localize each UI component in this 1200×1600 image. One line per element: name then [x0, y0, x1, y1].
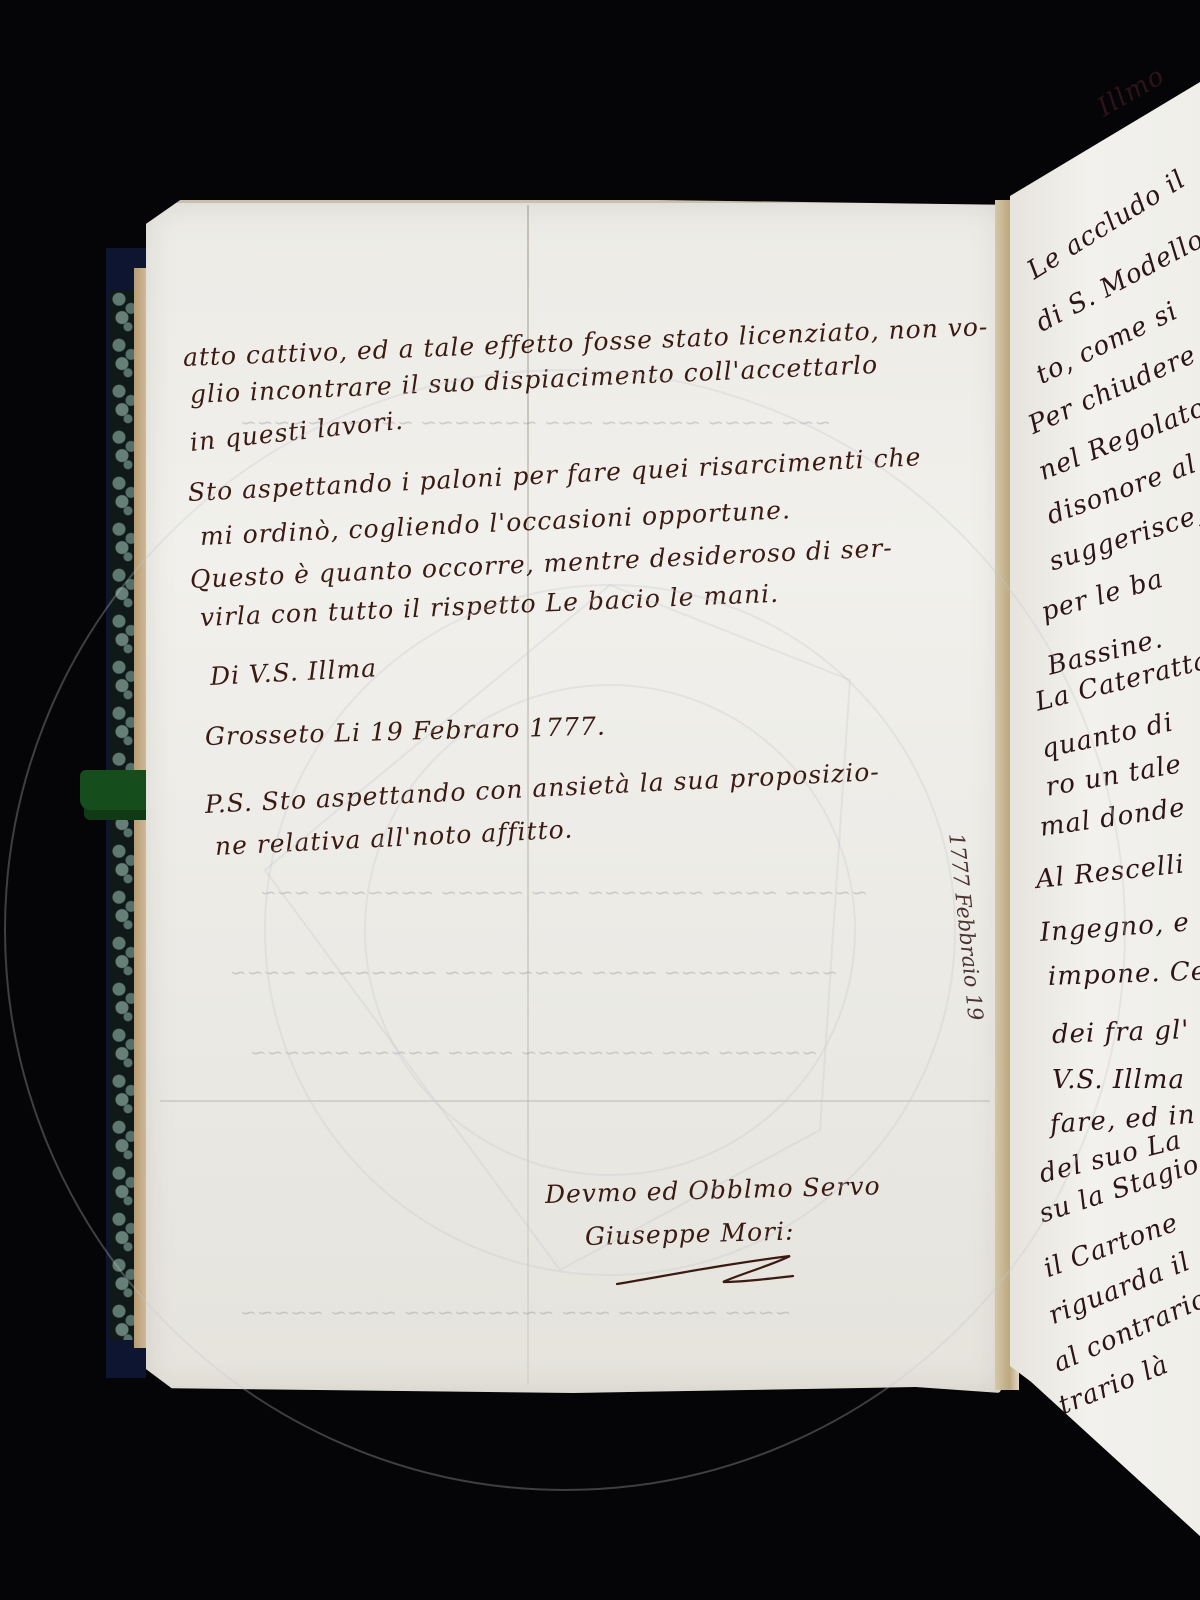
signature-flourish — [615, 1248, 795, 1288]
manuscript-photo: ~~~ ~~~~ ~~~~~~ ~~~ ~~~~~~~ ~~~~~ ~~~~~ … — [0, 0, 1200, 1600]
signature: Giuseppe Mori: — [585, 1217, 795, 1251]
right-page-line: V.S. Illma — [1052, 1065, 1185, 1095]
right-page-line: impone. Ce — [1047, 956, 1200, 992]
paper-fold-horizontal — [160, 1100, 990, 1102]
right-page-line: dei fra gl' — [1051, 1015, 1190, 1050]
green-ribbon-tie — [80, 770, 150, 810]
